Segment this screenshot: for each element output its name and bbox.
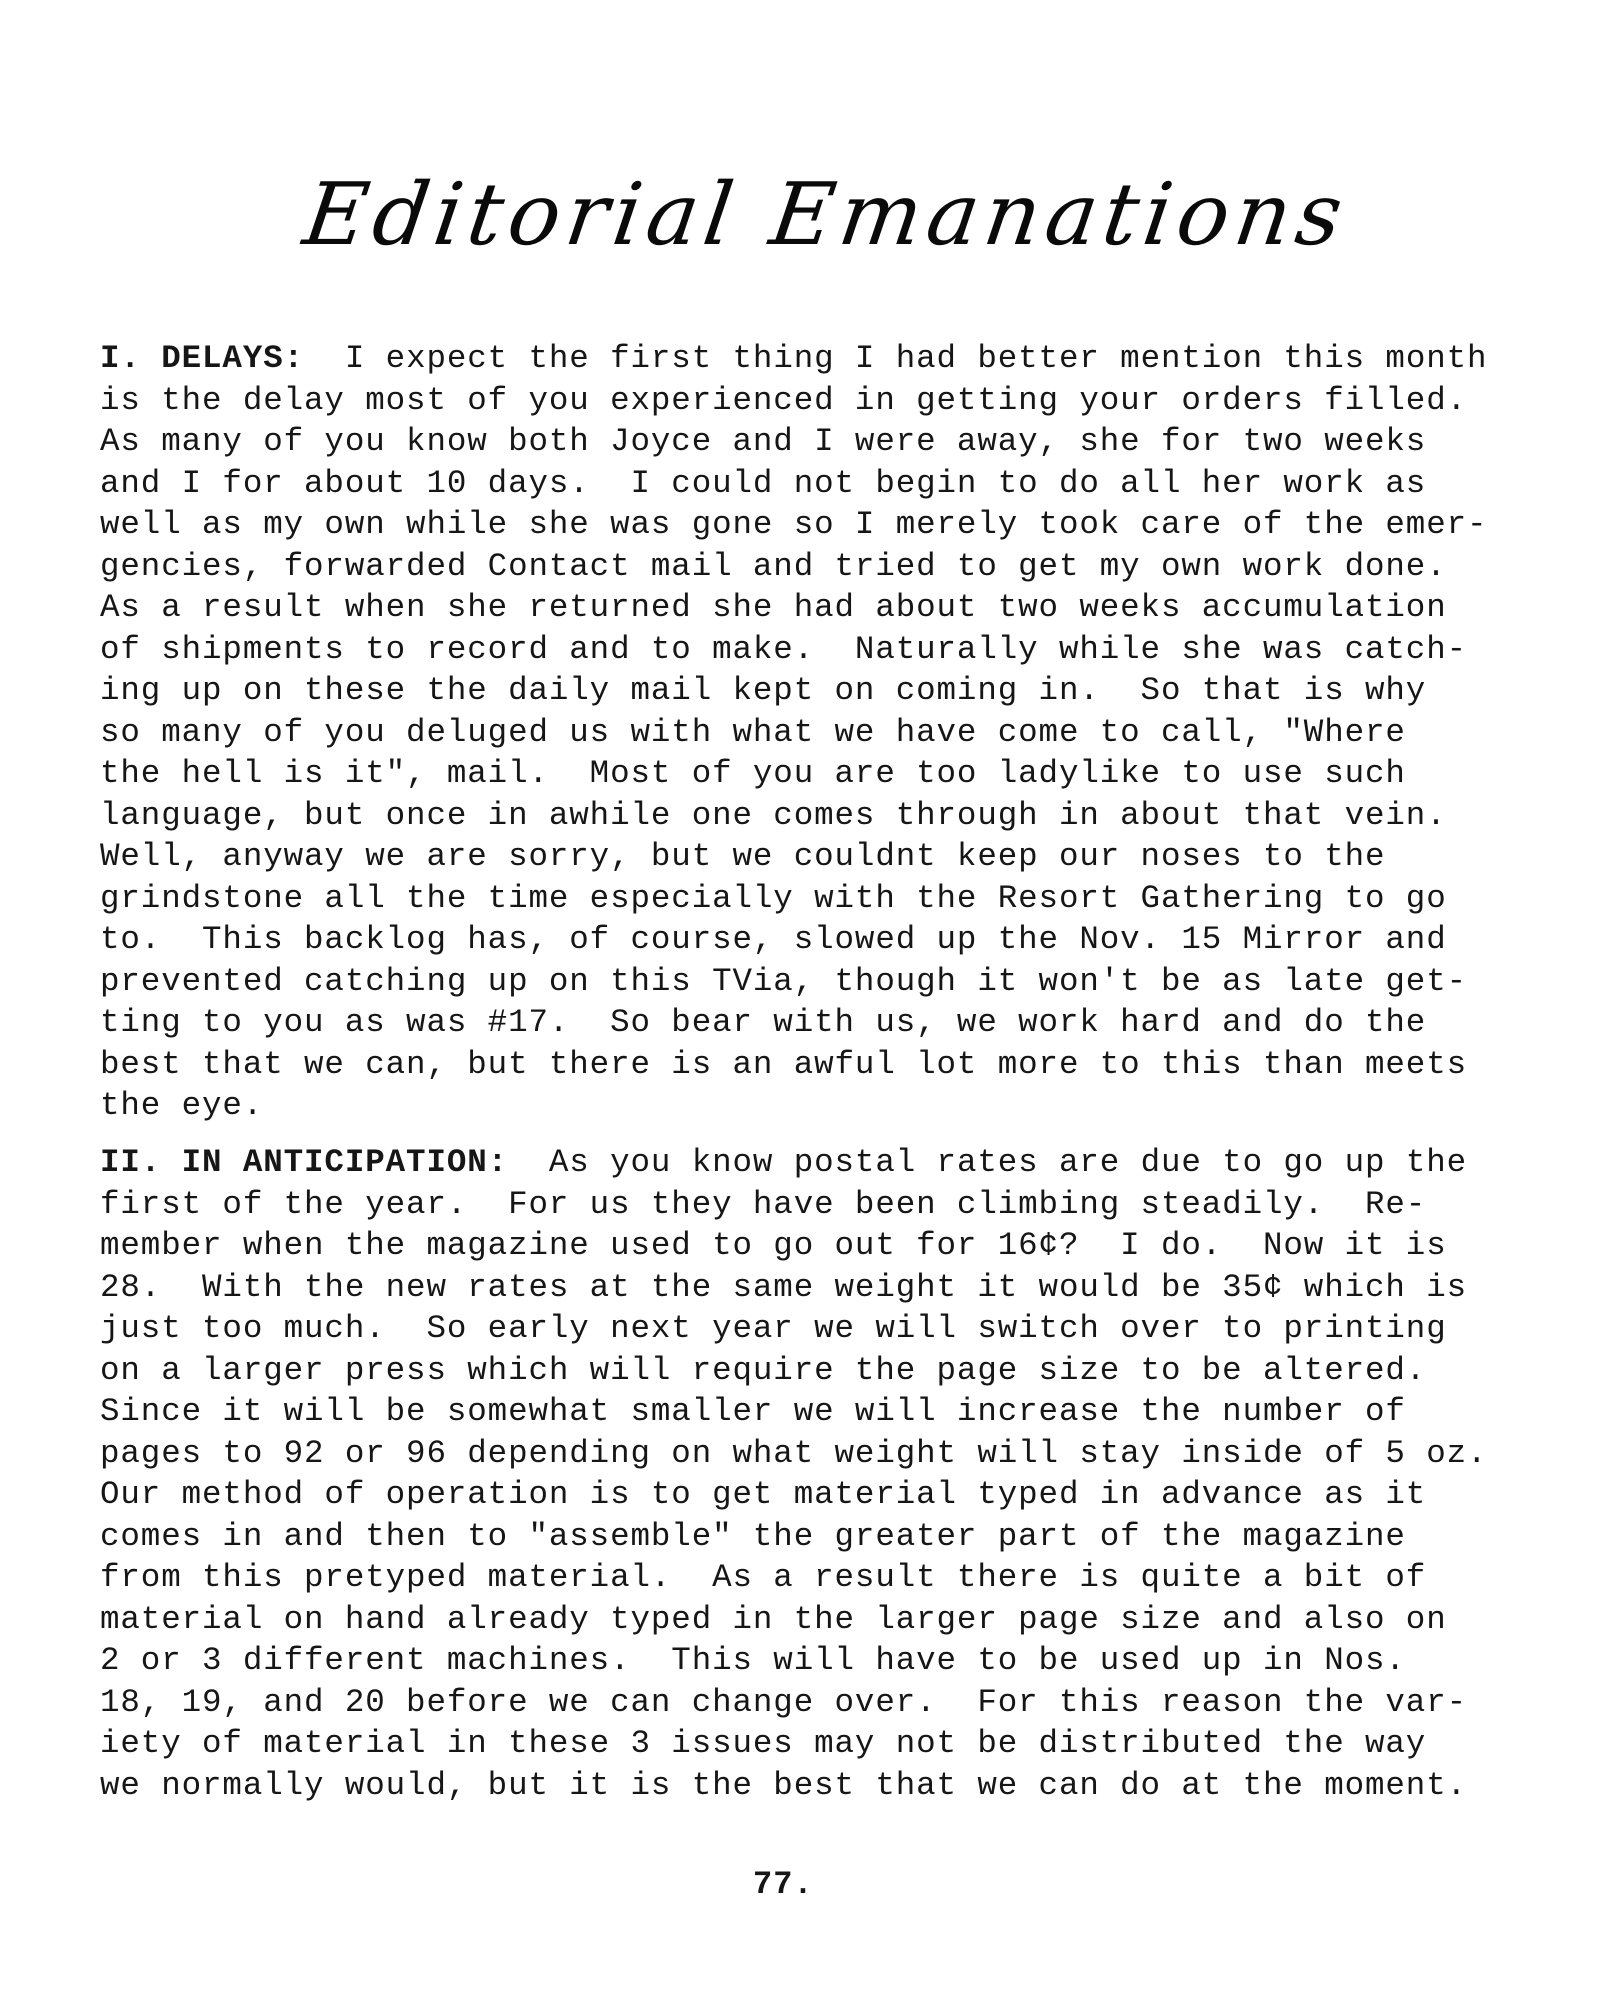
paragraph-line: we normally would, but it is the best th…: [100, 1765, 1520, 1807]
paragraph-line: Our method of operation is to get materi…: [100, 1474, 1520, 1516]
paragraph-line: of shipments to record and to make. Natu…: [100, 629, 1520, 671]
section-anticipation: II. IN ANTICIPATION: As you know postal …: [100, 1142, 1520, 1806]
paragraph-line: II. IN ANTICIPATION: As you know postal …: [100, 1142, 1520, 1184]
paragraph-line: the hell is it", mail. Most of you are t…: [100, 753, 1520, 795]
paragraph-line: well as my own while she was gone so I m…: [100, 504, 1520, 546]
section-heading: II. IN ANTICIPATION:: [100, 1144, 508, 1181]
paragraph-line: member when the magazine used to go out …: [100, 1225, 1520, 1267]
paragraph-line: just too much. So early next year we wil…: [100, 1308, 1520, 1350]
paragraph-line: 28. With the new rates at the same weigh…: [100, 1267, 1520, 1309]
paragraph-line: ting to you as was #17. So bear with us,…: [100, 1002, 1520, 1044]
paragraph-line: is the delay most of you experienced in …: [100, 380, 1520, 422]
paragraph-line: I. DELAYS: I expect the first thing I ha…: [100, 338, 1520, 380]
paragraph-line: iety of material in these 3 issues may n…: [100, 1723, 1520, 1765]
paragraph-line: 18, 19, and 20 before we can change over…: [100, 1682, 1520, 1724]
page-title: Editorial Emanations: [296, 150, 1234, 280]
page-number: 77.: [753, 1866, 814, 1903]
paragraph-line: pages to 92 or 96 depending on what weig…: [100, 1433, 1520, 1475]
paragraph-line: to. This backlog has, of course, slowed …: [100, 919, 1520, 961]
paragraph-line: so many of you deluged us with what we h…: [100, 712, 1520, 754]
paragraph-line: Since it will be somewhat smaller we wil…: [100, 1391, 1520, 1433]
paragraph-line: grindstone all the time especially with …: [100, 878, 1520, 920]
paragraph-line: As many of you know both Joyce and I wer…: [100, 421, 1520, 463]
paragraph-line: on a larger press which will require the…: [100, 1350, 1520, 1392]
paragraph-line: gencies, forwarded Contact mail and trie…: [100, 546, 1520, 588]
paragraph-line: prevented catching up on this TVia, thou…: [100, 961, 1520, 1003]
section-heading: I. DELAYS:: [100, 340, 304, 377]
paragraph-line: Well, anyway we are sorry, but we couldn…: [100, 836, 1520, 878]
paragraph-line: comes in and then to "assemble" the grea…: [100, 1516, 1520, 1558]
paragraph-line: As a result when she returned she had ab…: [100, 587, 1520, 629]
paragraph-line: material on hand already typed in the la…: [100, 1599, 1520, 1641]
paragraph-line: from this pretyped material. As a result…: [100, 1557, 1520, 1599]
paragraph-line: ing up on these the daily mail kept on c…: [100, 670, 1520, 712]
paragraph-line: 2 or 3 different machines. This will hav…: [100, 1640, 1520, 1682]
paragraph-line: first of the year. For us they have been…: [100, 1184, 1520, 1226]
paragraph-line: and I for about 10 days. I could not beg…: [100, 463, 1520, 505]
paragraph-line: best that we can, but there is an awful …: [100, 1044, 1520, 1086]
paragraph-line: the eye.: [100, 1085, 1520, 1127]
section-delays: I. DELAYS: I expect the first thing I ha…: [100, 338, 1520, 1127]
paragraph-line: language, but once in awhile one comes t…: [100, 795, 1520, 837]
